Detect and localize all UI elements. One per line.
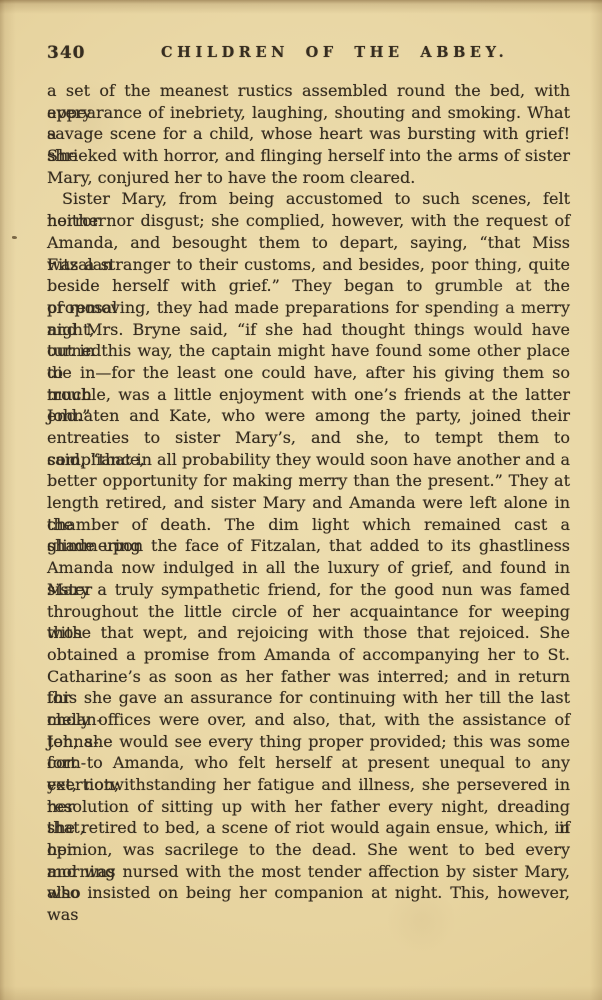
text-line: entreaties to sister Mary’s, and she, to… bbox=[47, 427, 570, 449]
text-line: resolution of sitting up with her father… bbox=[47, 796, 570, 818]
text-line: length retired, and sister Mary and Aman… bbox=[47, 492, 570, 514]
text-line: yet, notwithstanding her fatigue and ill… bbox=[47, 774, 570, 796]
text-line: a set of the meanest rustics assembled r… bbox=[47, 80, 570, 102]
text-line: those that wept, and rejoicing with thos… bbox=[47, 622, 570, 644]
text-line: Johnaten and Kate, who were among the pa… bbox=[47, 405, 570, 427]
text-line: out in this way, the captain might have … bbox=[47, 340, 570, 362]
text-line: of removing, they had made preparations … bbox=[47, 297, 570, 319]
text-line: trouble, was a little enjoyment with one… bbox=[47, 384, 570, 406]
text-line: Amanda now indulged in all the luxury of… bbox=[47, 557, 570, 579]
book-page-scan: 340 CHILDREN OF THE ABBEY. a set of the … bbox=[0, 0, 602, 1000]
text-line: appearance of inebriety, laughing, shout… bbox=[47, 102, 570, 124]
text-line: Amanda, and besought them to depart, say… bbox=[47, 232, 570, 254]
running-title: CHILDREN OF THE ABBEY. bbox=[161, 44, 508, 61]
text-line: choly offices were over, and also, that,… bbox=[47, 709, 570, 731]
text-line: shrieked with horror, and flinging herse… bbox=[47, 145, 570, 167]
text-line: this she gave an assurance for continuin… bbox=[47, 687, 570, 709]
text-line: beside herself with grief.” They began t… bbox=[47, 275, 570, 297]
page-body: a set of the meanest rustics assembled r… bbox=[47, 80, 570, 904]
text-line: and was nursed with the most tender affe… bbox=[47, 861, 570, 883]
page-number: 340 bbox=[47, 43, 86, 63]
text-line: and Mrs. Bryne said, “if she had thought… bbox=[47, 319, 570, 341]
text-line: Sister Mary, from being accustomed to su… bbox=[47, 188, 570, 210]
text-line: shade upon the face of Fitzalan, that ad… bbox=[47, 535, 570, 557]
text-line: Catharine’s as soon as her father was in… bbox=[47, 666, 570, 688]
text-line: ten, she would see every thing proper pr… bbox=[47, 731, 570, 753]
text-line: horror nor disgust; she complied, howeve… bbox=[47, 210, 570, 232]
page-header: 340 CHILDREN OF THE ABBEY. bbox=[47, 43, 570, 63]
text-line: fort to Amanda, who felt herself at pres… bbox=[47, 752, 570, 774]
text-line: said, “that in all probability they woul… bbox=[47, 449, 570, 471]
text-line: she retired to bed, a scene of riot woul… bbox=[47, 817, 570, 839]
text-line: Mary a truly sympathetic friend, for the… bbox=[47, 579, 570, 601]
text-line: obtained a promise from Amanda of accomp… bbox=[47, 644, 570, 666]
text-line: opinion, was sacrilege to the dead. She … bbox=[47, 839, 570, 861]
text-line: die in—for the least one could have, aft… bbox=[47, 362, 570, 384]
text-line: savage scene for a child, whose heart wa… bbox=[47, 123, 570, 145]
text-line: better opportunity for making merry than… bbox=[47, 470, 570, 492]
text-line: throughout the little circle of her acqu… bbox=[47, 601, 570, 623]
text-line: was a stranger to their customs, and bes… bbox=[47, 254, 570, 276]
text-line: also insisted on being her companion at … bbox=[47, 882, 570, 904]
text-line: chamber of death. The dim light which re… bbox=[47, 514, 570, 536]
text-line: Mary, conjured her to have the room clea… bbox=[47, 167, 570, 189]
ink-speck bbox=[12, 236, 17, 239]
